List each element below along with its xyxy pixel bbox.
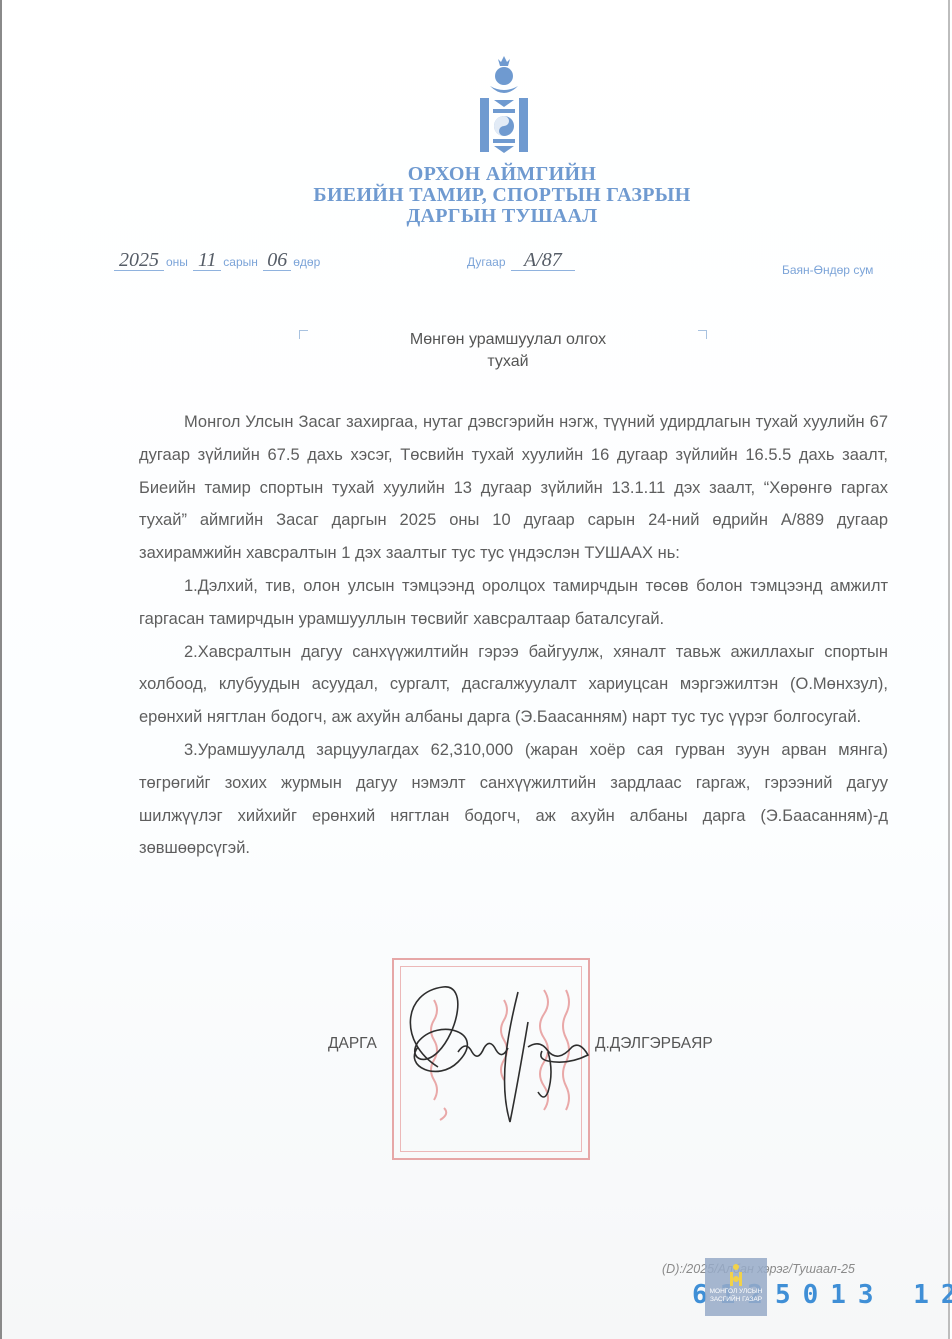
- header-line-2: БИЕИЙН ТАМИР, СПОРТЫН ГАЗРЫН: [2, 185, 952, 206]
- date-month: 11: [193, 250, 221, 271]
- header-line-1: ОРХОН АЙМГИЙН: [2, 164, 952, 185]
- date-year: 2025: [114, 250, 164, 271]
- document-body: Монгол Улсын Засаг захиргаа, нутаг дэвсг…: [139, 406, 888, 865]
- signatory-title: ДАРГА: [328, 1035, 377, 1053]
- preamble-paragraph: Монгол Улсын Засаг захиргаа, нутаг дэвсг…: [139, 406, 888, 570]
- government-badge: МОНГОЛ УЛСЫН ЗАСГИЙН ГАЗАР: [705, 1258, 767, 1316]
- date-day: 06: [263, 250, 291, 271]
- gov-badge-line-1: МОНГОЛ УЛСЫН: [705, 1288, 767, 1296]
- order-item-2: 2.Хавсралтын дагуу санхүүжилтийн гэрээ б…: [139, 636, 888, 734]
- soyombo-mini-icon: [729, 1262, 743, 1288]
- day-label: өдөр: [293, 255, 320, 269]
- signatory-name: Д.ДЭЛГЭРБАЯР: [595, 1035, 713, 1053]
- document-subject: Мөнгөн урамшуулал олгох тухай: [2, 329, 952, 373]
- subject-line-1: Мөнгөн урамшуулал олгох: [2, 329, 952, 351]
- handwritten-signature: [398, 972, 598, 1137]
- number-value: А/87: [511, 250, 575, 271]
- date-line: 2025оны 11сарын 06өдөр: [114, 250, 322, 271]
- gov-badge-line-2: ЗАСГИЙН ГАЗАР: [705, 1296, 767, 1304]
- document-number: Дугаар А/87: [465, 250, 575, 271]
- organization-header: ОРХОН АЙМГИЙН БИЕИЙН ТАМИР, СПОРТЫН ГАЗР…: [2, 164, 952, 227]
- subject-line-2: тухай: [2, 351, 952, 373]
- document-place: Баян-Өндөр сум: [782, 263, 873, 277]
- number-label: Дугаар: [467, 255, 506, 269]
- year-label: оны: [166, 255, 188, 269]
- header-line-3: ДАРГЫН ТУШААЛ: [2, 206, 952, 227]
- soyombo-emblem-icon: [476, 54, 532, 156]
- document-page: ОРХОН АЙМГИЙН БИЕИЙН ТАМИР, СПОРТЫН ГАЗР…: [0, 0, 950, 1339]
- order-item-3: 3.Урамшуулалд зарцуулагдах 62,310,000 (ж…: [139, 734, 888, 865]
- order-item-1: 1.Дэлхий, тив, олон улсын тэмцээнд оролц…: [139, 570, 888, 636]
- month-label: сарын: [223, 255, 258, 269]
